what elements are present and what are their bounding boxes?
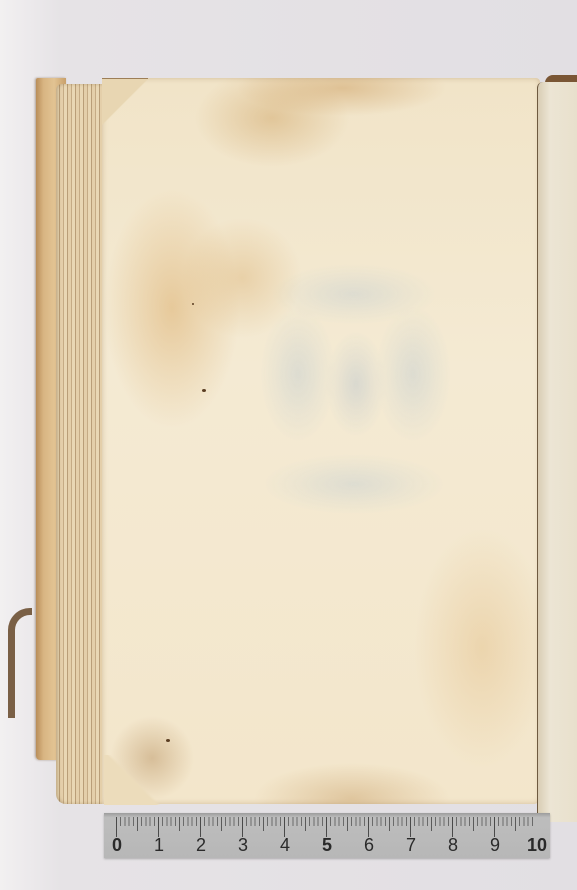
ruler-label: 2	[189, 835, 213, 856]
worm-hole	[166, 739, 170, 742]
folded-corner-top	[102, 78, 148, 125]
ruler-label: 3	[231, 835, 255, 856]
bookmark-ribbon	[8, 608, 32, 718]
facing-page	[537, 82, 577, 822]
ruler-label: 10	[525, 835, 549, 856]
folded-corner-bottom	[104, 755, 164, 805]
ruler-label: 5	[315, 835, 339, 856]
ruler-label: 4	[273, 835, 297, 856]
ruler-label: 0	[105, 835, 129, 856]
ruler-label: 9	[483, 835, 507, 856]
woodcut-show-through	[228, 254, 480, 522]
ruler-label: 8	[441, 835, 465, 856]
ruler-label: 7	[399, 835, 423, 856]
foxing-spot	[192, 303, 194, 305]
text-block-fore-edge	[56, 84, 106, 804]
foxing-spot	[202, 389, 206, 392]
ruler-label: 1	[147, 835, 171, 856]
scale-ruler: 0 1 2 3 4 5 6 7 8 9 10	[104, 813, 550, 858]
ruler-label: 6	[357, 835, 381, 856]
ruler-ticks	[116, 817, 536, 837]
